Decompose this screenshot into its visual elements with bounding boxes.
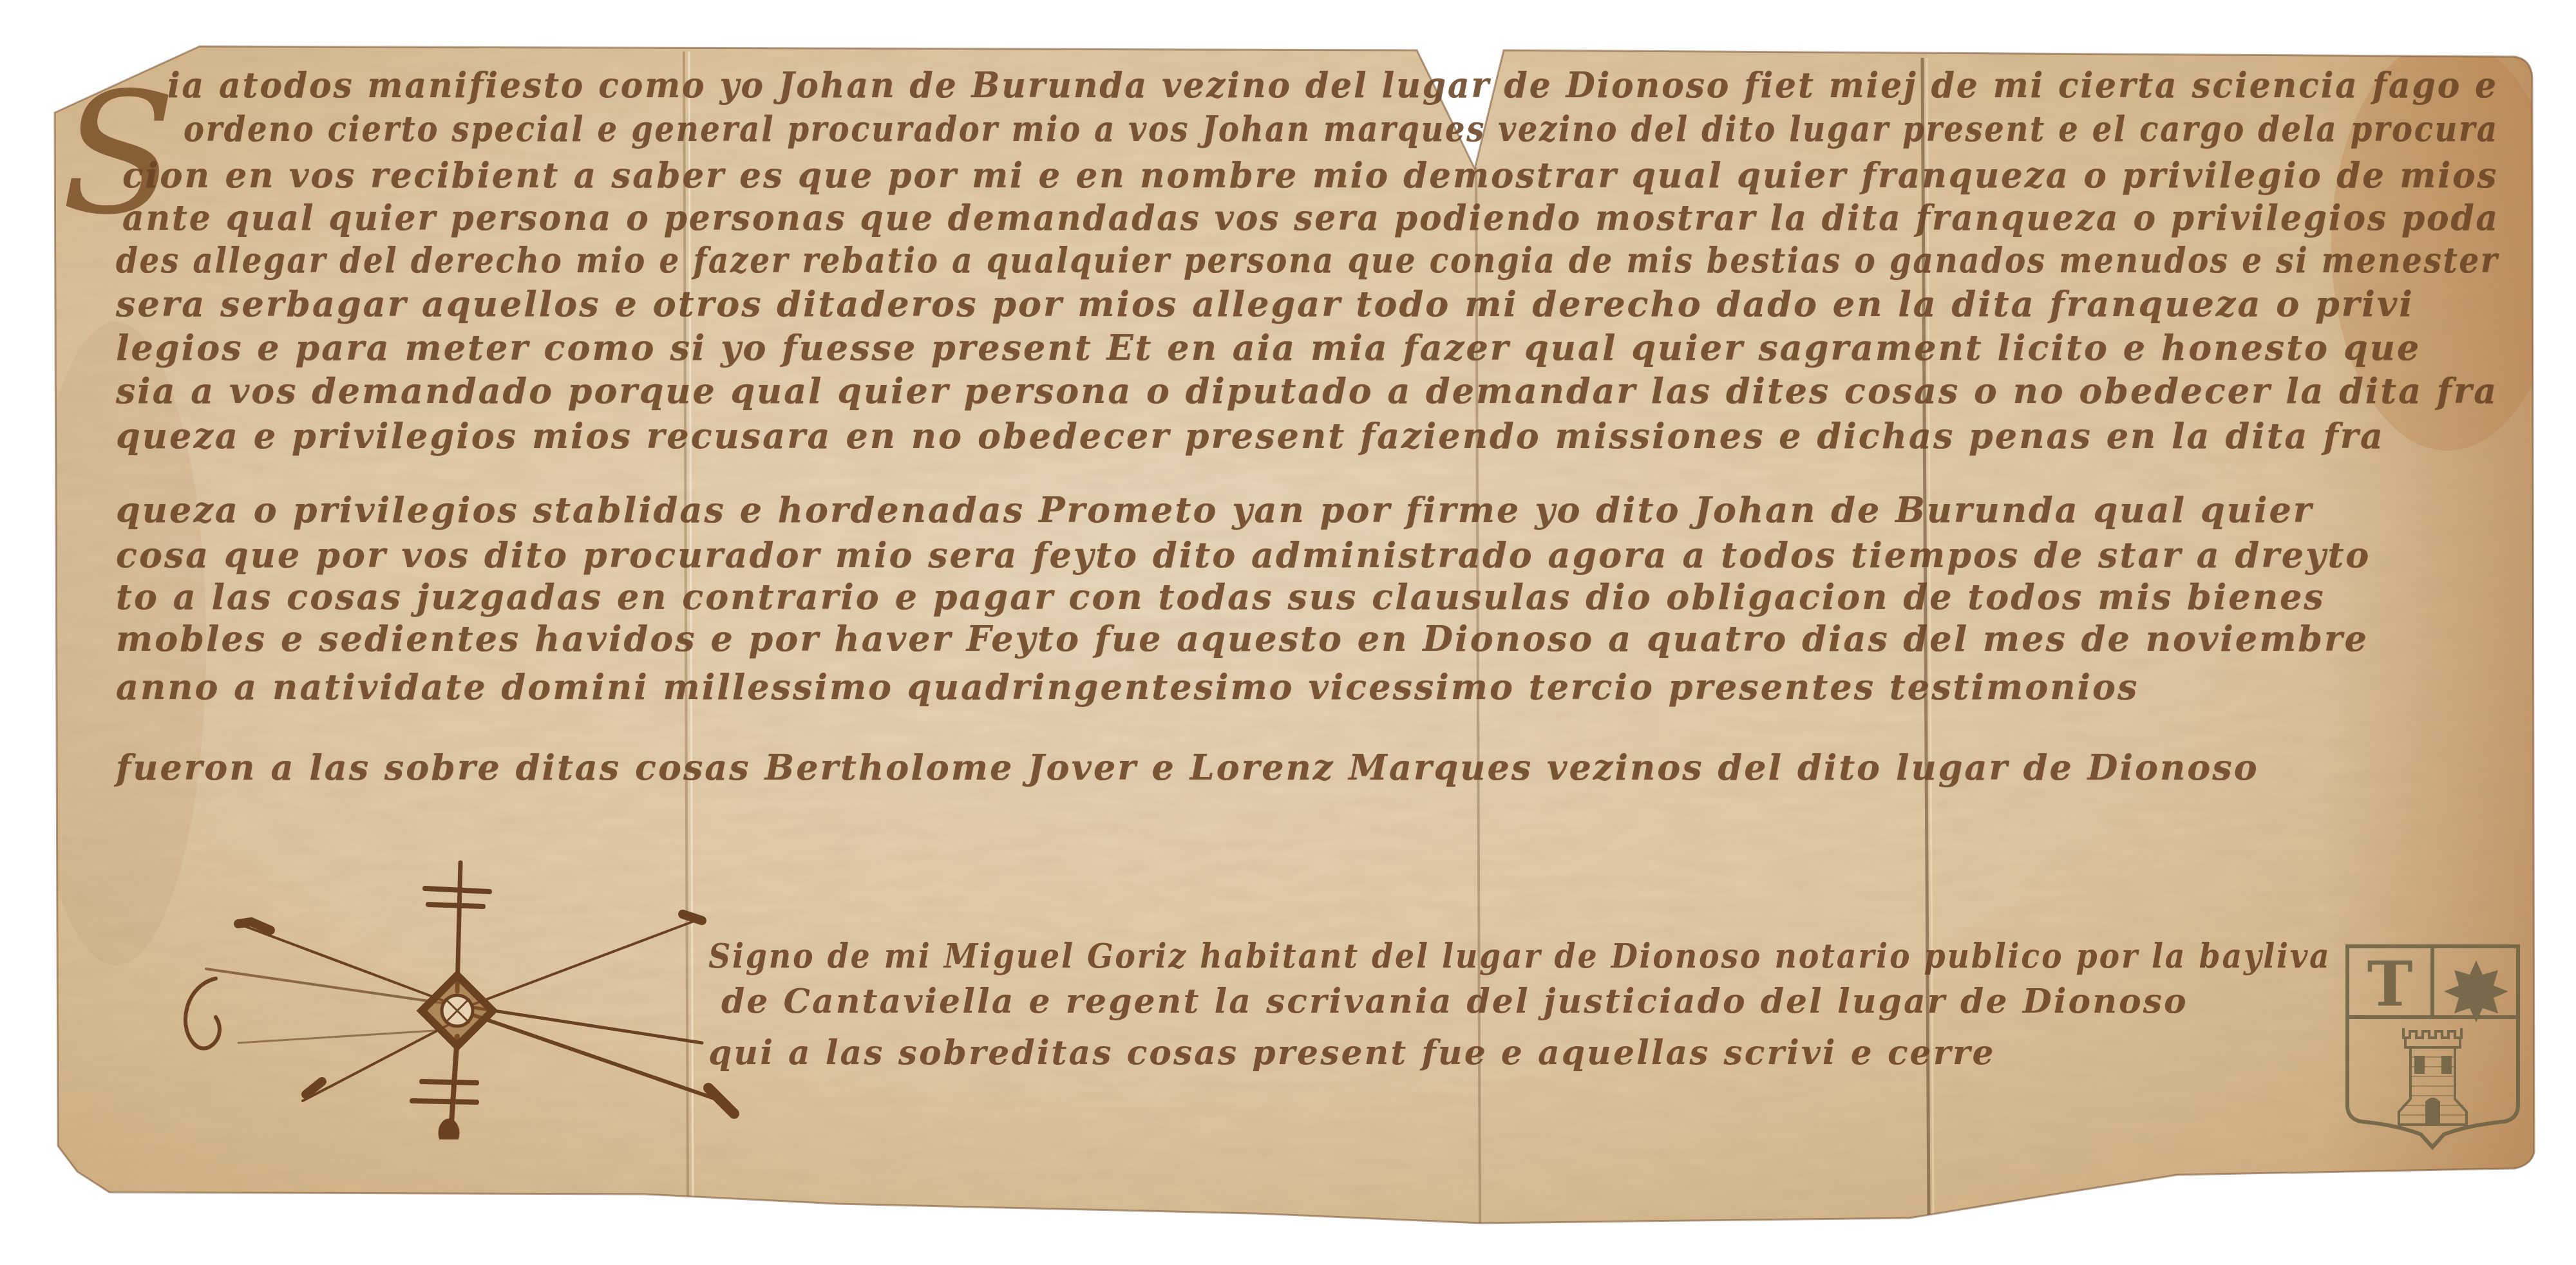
text-line-4: ante qual quier persona o personas que d…: [122, 197, 2499, 238]
heraldic-watermark: T: [2341, 941, 2524, 1154]
text-line-13: mobles e sedientes havidos e por haver F…: [116, 618, 2369, 659]
text-line-14: anno a natividate domini millessimo quad…: [116, 666, 2139, 707]
notary-line-1: Signo de mi Miguel Goriz habitant del lu…: [708, 937, 2331, 976]
star-icon: [2444, 960, 2508, 1022]
svg-text:T: T: [2367, 949, 2413, 1020]
text-line-2: ordeno cierto special e general procurad…: [184, 108, 2499, 149]
notary-line-2: de Cantaviella e regent la scrivania del…: [721, 982, 2188, 1021]
text-line-10: queza o privilegios stablidas e hordenad…: [116, 489, 2313, 530]
text-line-9: queza e privilegios mios recusara en no …: [116, 415, 2385, 456]
letter-t-icon: T: [2367, 949, 2413, 1020]
tower-icon: [2399, 1028, 2467, 1125]
text-line-11: cosa que por vos dito procurador mio ser…: [116, 534, 2371, 576]
notarial-sign: [167, 830, 747, 1139]
document-stage: S ia atodos manifiesto como yo Johan de …: [0, 0, 2576, 1265]
notary-line-3: qui a las sobreditas cosas present fue e…: [708, 1033, 1996, 1073]
text-line-1: ia atodos manifiesto como yo Johan de Bu…: [167, 64, 2498, 106]
text-line-15: fueron a las sobre ditas cosas Bertholom…: [116, 747, 2259, 788]
text-line-12: to a las cosas juzgadas en contrario e p…: [116, 576, 2325, 617]
text-line-6: sera serbagar aquellos e otros ditaderos…: [116, 283, 2414, 324]
text-line-7: legios e para meter como si yo fuesse pr…: [116, 327, 2421, 368]
text-line-3: cion en vos recibient a saber es que por…: [122, 155, 2498, 196]
text-line-5: des allegar del derecho mio e fazer reba…: [116, 239, 2499, 281]
text-line-8: sia a vos demandado porque qual quier pe…: [116, 370, 2498, 411]
